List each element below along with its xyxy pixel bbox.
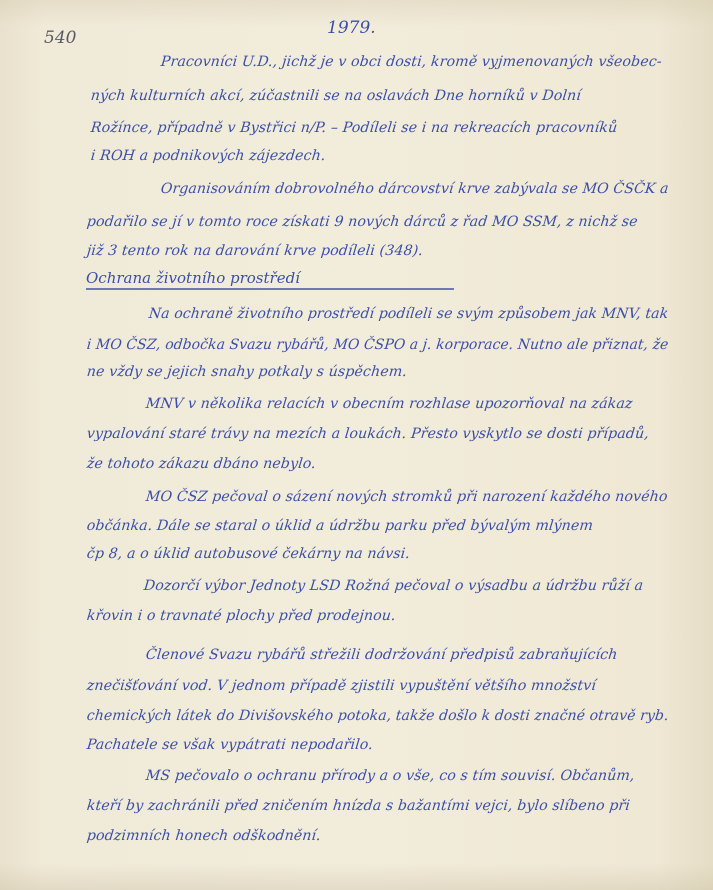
- text-line: Dozorčí výbor Jednoty LSD Rožná pečoval …: [143, 578, 644, 594]
- text-line: Pracovníci U.D., jichž je v obci dosti, …: [160, 54, 663, 70]
- heading-underline: [86, 288, 454, 290]
- text-line: kteří by zachránili před zničením hnízda…: [86, 798, 631, 814]
- text-line: Členové Svazu rybářů střežili dodržování…: [145, 647, 618, 663]
- text-line: že tohoto zákazu dbáno nebylo.: [86, 456, 317, 472]
- text-line: MNV v několika relacích v obecním rozhla…: [145, 396, 633, 412]
- text-line: i ROH a podnikových zájezdech.: [90, 148, 326, 164]
- text-line: křovin i o travnaté plochy před prodejno…: [86, 608, 396, 624]
- text-line: znečišťování vod. V jednom případě zjist…: [86, 678, 597, 694]
- text-line: MS pečovalo o ochranu přírody a o vše, c…: [145, 768, 635, 784]
- text-line: občánka. Dále se staral o úklid a údržbu…: [86, 518, 594, 534]
- text-line: již 3 tento rok na darování krve podílel…: [86, 243, 424, 259]
- text-line: Pachatele se však vypátrati nepodařilo.: [86, 737, 374, 753]
- text-line: čp 8, a o úklid autobusové čekárny na ná…: [86, 546, 411, 562]
- year-heading: 1979.: [327, 18, 376, 38]
- text-line: vypalování staré trávy na mezích a louká…: [86, 426, 650, 442]
- text-line: podzimních honech odškodnění.: [86, 828, 322, 844]
- page-number: 540: [44, 28, 76, 48]
- text-line: Rožínce, případně v Bystřici n/P. – Podí…: [90, 120, 618, 136]
- text-line: ne vždy se jejich snahy potkaly s úspěch…: [86, 364, 408, 380]
- text-line: Na ochraně životního prostředí podíleli …: [148, 306, 669, 322]
- text-line: Organisováním dobrovolného dárcovství kr…: [160, 181, 669, 197]
- section-heading: Ochrana životního prostředí: [86, 269, 300, 287]
- text-line: i MO ČSZ, odbočka Svazu rybářů, MO ČSPO …: [86, 337, 669, 353]
- text-line: MO ČSZ pečoval o sázení nových stromků p…: [145, 489, 668, 505]
- text-line: ných kulturních akcí, zúčastnili se na o…: [90, 88, 582, 104]
- text-line: podařilo se jí v tomto roce získati 9 no…: [86, 214, 639, 230]
- text-line: chemických látek do Divišovského potoka,…: [86, 708, 669, 724]
